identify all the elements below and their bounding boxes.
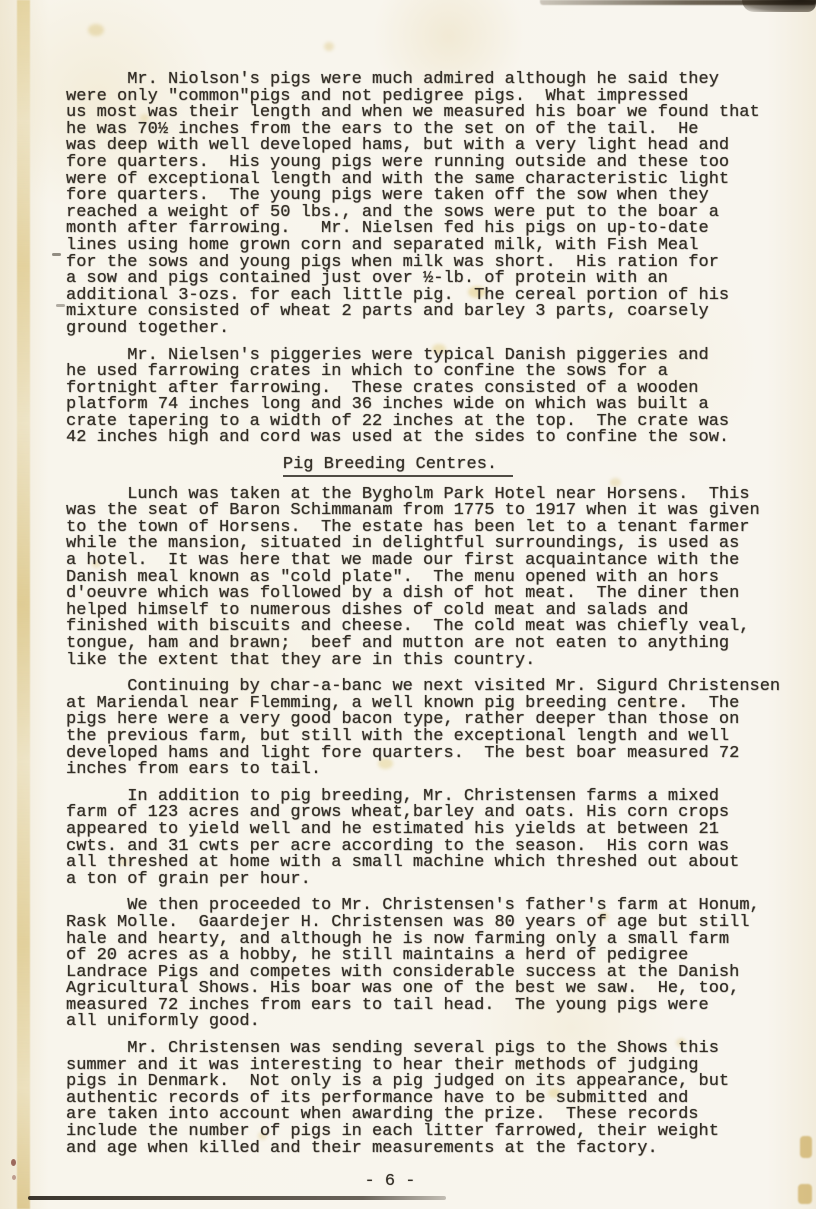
- scanned-page: { "colors": { "paper": "#f8f5ec", "ink":…: [0, 0, 816, 1209]
- paragraph-mixed-farm: In addition to pig breeding, Mr. Christe…: [66, 789, 790, 889]
- age-spot: [88, 24, 104, 36]
- margin-mark: [56, 304, 65, 307]
- paragraph-mariendal-visit: Continuing by char-a-banc we next visite…: [66, 679, 790, 779]
- right-edge-stain: [798, 1184, 812, 1204]
- paragraph-piggeries-crates: Mr. Nielsen's piggeries were typical Dan…: [66, 348, 790, 448]
- section-heading-row: Pig Breeding Centres.: [36, 457, 760, 477]
- margin-mark: [52, 253, 61, 256]
- scan-corner-blob: [742, 0, 816, 12]
- page-number: - 6 -: [0, 1172, 780, 1191]
- paragraph-judging-shows: Mr. Christensen was sending several pigs…: [66, 1041, 790, 1157]
- page-body-text: Mr. Niolson's pigs were much admired alt…: [66, 72, 790, 1167]
- right-edge-stain: [800, 1136, 812, 1158]
- section-heading: Pig Breeding Centres.: [283, 457, 513, 477]
- scan-shadow-top: [540, 0, 816, 5]
- age-spot: [324, 42, 334, 51]
- ink-speck: [11, 1159, 16, 1166]
- scan-line-bottom: [28, 1196, 446, 1200]
- aged-left-edge: [17, 0, 30, 1209]
- paragraph-honum-farm: We then proceeded to Mr. Christensen's f…: [66, 898, 790, 1031]
- paragraph-nielson-boar: Mr. Niolson's pigs were much admired alt…: [66, 72, 790, 338]
- paragraph-bygholm-lunch: Lunch was taken at the Bygholm Park Hote…: [66, 487, 790, 670]
